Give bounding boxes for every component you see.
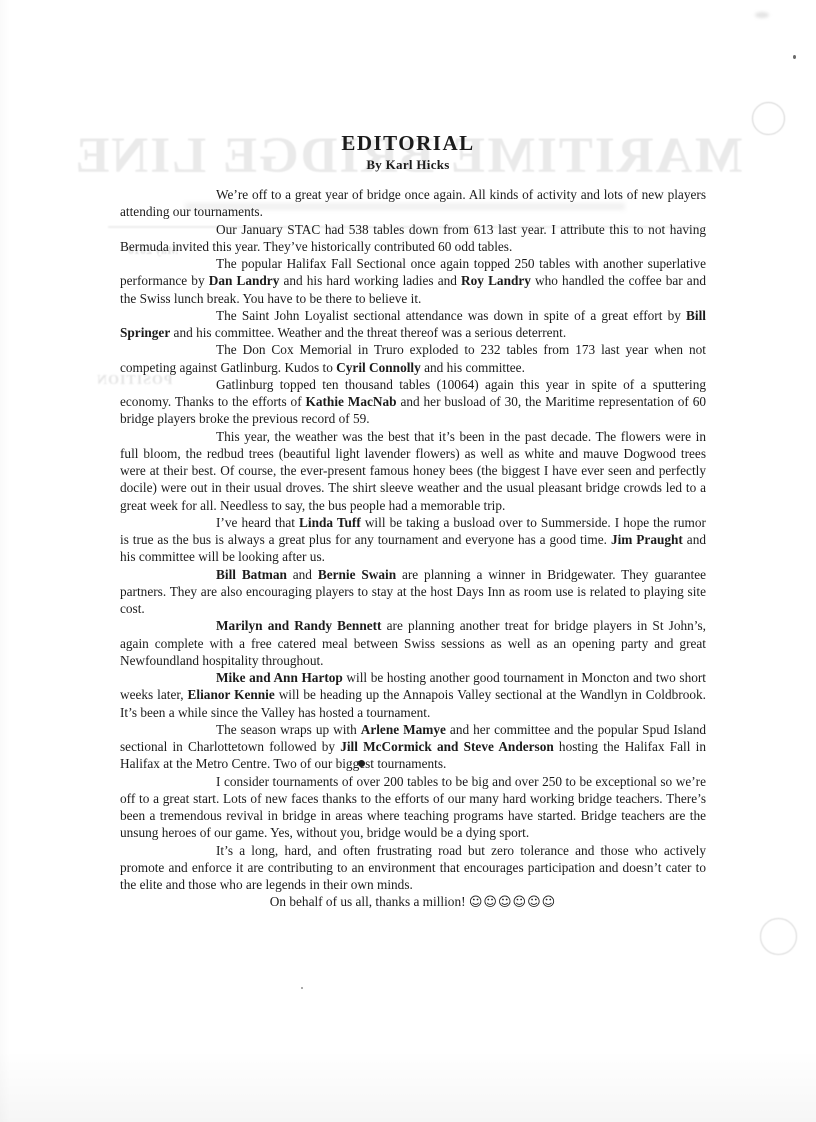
text-run: e	[359, 756, 365, 771]
bold-name: Mike and Ann Hartop	[216, 670, 343, 685]
paragraph-10: Marilyn and Randy Bennett are planning a…	[120, 617, 706, 669]
text-run: I’ve heard that	[216, 515, 299, 530]
closing-text: On behalf of us all, thanks a million!	[270, 894, 466, 909]
text-run: The season wraps up with	[216, 722, 361, 737]
bold-name: Jill McCormick and Steve Anderson	[340, 739, 554, 754]
paragraph-1: We’re off to a great year of bridge once…	[120, 186, 706, 221]
text-run: This year, the weather was the best that…	[120, 429, 706, 513]
byline: By Karl Hicks	[0, 157, 816, 173]
bold-name: Bill Batman	[216, 567, 287, 582]
paragraph-4: The Saint John Loyalist sectional attend…	[120, 307, 706, 342]
paragraph-5: The Don Cox Memorial in Truro exploded t…	[120, 341, 706, 376]
paragraph-14: It’s a long, hard, and often frustrating…	[120, 842, 706, 894]
bottom-edge-shadow	[0, 1050, 816, 1122]
bold-name: Jim Praught	[611, 532, 683, 547]
text-run: We’re off to a great year of bridge once…	[120, 187, 706, 219]
paragraph-8: I’ve heard that Linda Tuff will be takin…	[120, 514, 706, 566]
bold-name: Marilyn and Randy Bennett	[216, 618, 381, 633]
bold-name: Elianor Kennie	[188, 687, 275, 702]
paragraph-7: This year, the weather was the best that…	[120, 428, 706, 514]
scanned-page: { "colors": { "ink": "#1b1b1b", "paper":…	[0, 0, 816, 1122]
text-run: are planning another treat for bridge pl…	[120, 618, 706, 668]
text-run: Our January STAC had 538 tables down fro…	[120, 222, 706, 254]
paragraph-9: Bill Batman and Bernie Swain are plannin…	[120, 566, 706, 618]
scan-smudge-top-right	[755, 12, 769, 18]
page-title: EDITORIAL	[0, 131, 816, 156]
paragraph-3: The popular Halifax Fall Sectional once …	[120, 255, 706, 307]
paragraph-6: Gatlinburg topped ten thousand tables (1…	[120, 376, 706, 428]
paragraphs-host: We’re off to a great year of bridge once…	[120, 186, 706, 893]
bold-name: Cyril Connolly	[336, 360, 421, 375]
bold-name: Dan Landry	[209, 273, 280, 288]
paper-curl-ring-top	[752, 102, 785, 135]
text-run: and his hard working ladies and	[279, 273, 461, 288]
text-run: and	[287, 567, 318, 582]
text-run: and his committee.	[421, 360, 525, 375]
scan-speck-top-right	[793, 55, 796, 59]
text-run: The Saint John Loyalist sectional attend…	[216, 308, 686, 323]
text-run: are planning a winner in Bridgewater. Th…	[120, 567, 706, 617]
bold-name: Kathie MacNab	[306, 394, 397, 409]
text-run: st tournaments.	[365, 756, 446, 771]
scan-speck-bottom	[301, 987, 303, 989]
bold-name: Arlene Mamye	[361, 722, 446, 737]
paragraph-11: Mike and Ann Hartop will be hosting anot…	[120, 669, 706, 721]
closing-line: On behalf of us all, thanks a million! ☺…	[120, 893, 706, 911]
paragraph-12: The season wraps up with Arlene Mamye an…	[120, 721, 706, 773]
text-run: I consider tournaments of over 200 table…	[120, 774, 706, 841]
paragraph-13: I consider tournaments of over 200 table…	[120, 773, 706, 842]
text-run: and his committee. Weather and the threa…	[170, 325, 566, 340]
smiley-faces-icon: ☺☺☺☺☺☺	[469, 895, 556, 910]
editorial-body: We’re off to a great year of bridge once…	[120, 186, 706, 912]
paragraph-2: Our January STAC had 538 tables down fro…	[120, 221, 706, 256]
bold-name: Roy Landry	[461, 273, 531, 288]
paper-curl-ring-bottom	[760, 918, 797, 955]
bold-name: Bernie Swain	[318, 567, 396, 582]
text-run: It’s a long, hard, and often frustrating…	[120, 843, 706, 893]
bold-name: Linda Tuff	[299, 515, 361, 530]
